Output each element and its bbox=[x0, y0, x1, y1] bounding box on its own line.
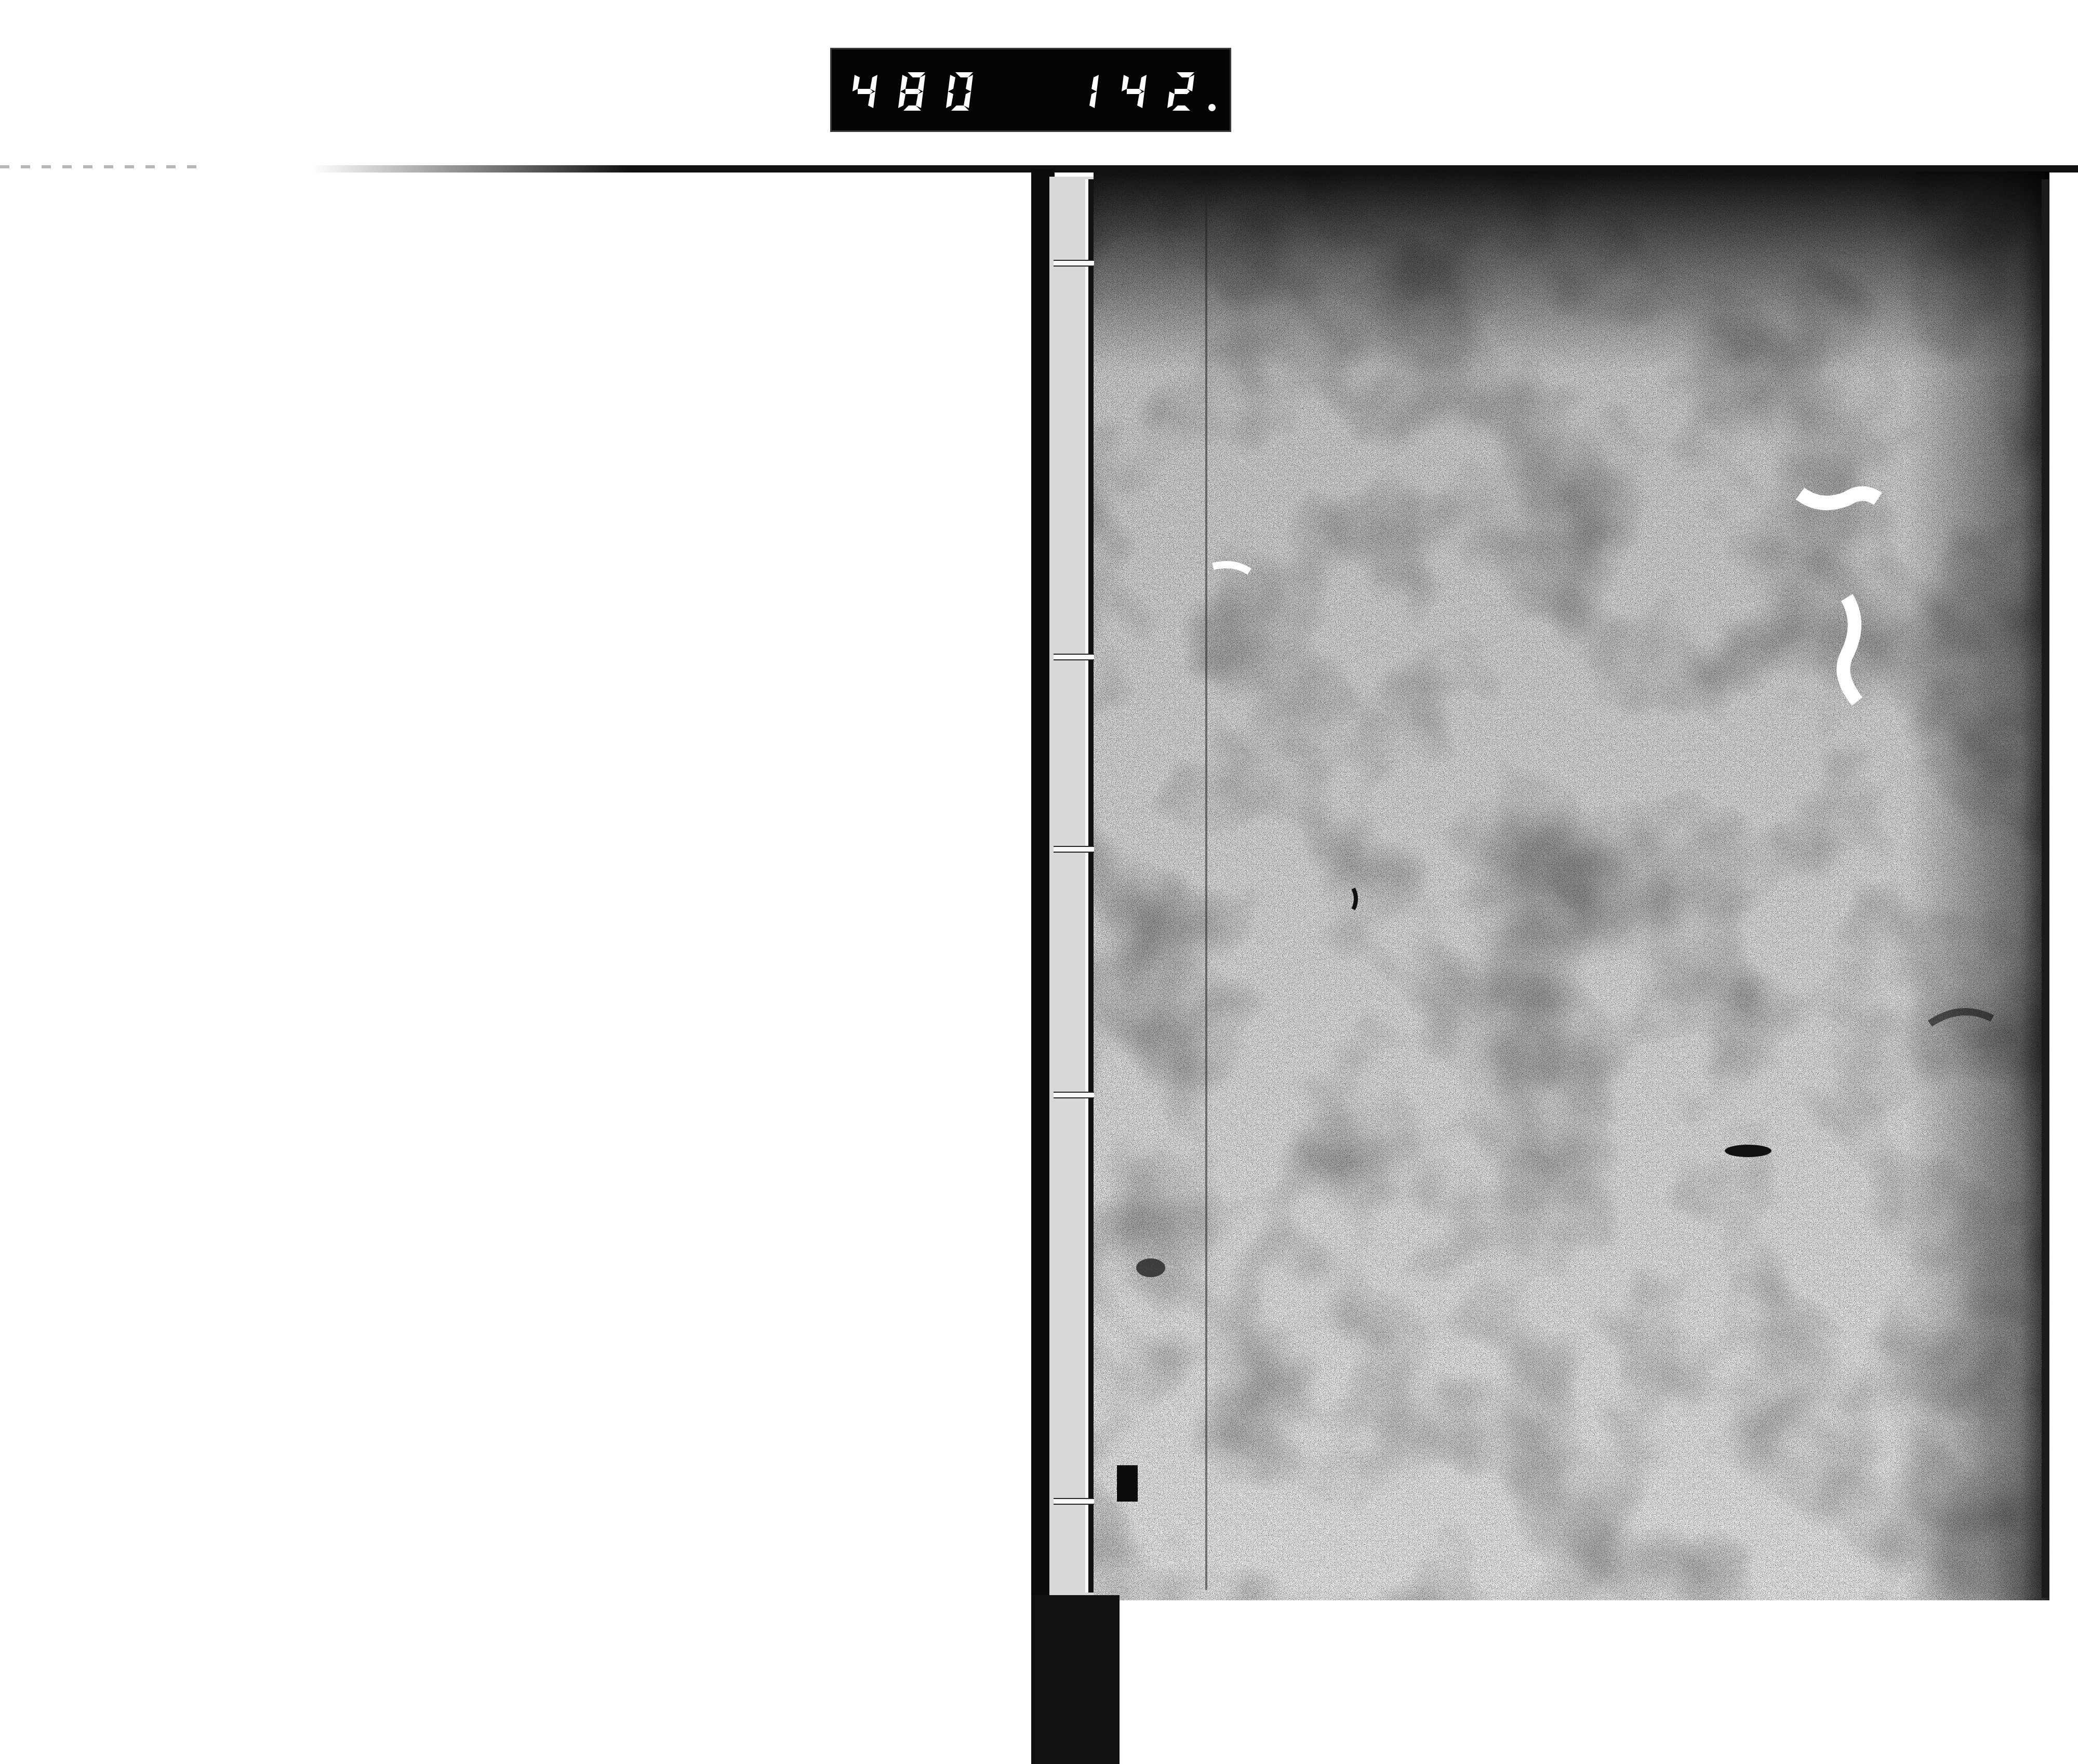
seven-segment-readout bbox=[832, 49, 1233, 134]
frame-number-label: 480 142. bbox=[830, 48, 1231, 132]
binding-stitch bbox=[1054, 1092, 1094, 1098]
binding-stitch bbox=[1054, 846, 1094, 853]
dashed-scan-edge bbox=[0, 165, 197, 168]
spine-label-patch bbox=[1117, 1465, 1138, 1502]
cover-right-edge bbox=[2042, 179, 2049, 1598]
book-cover bbox=[1094, 171, 2049, 1600]
cover-texture bbox=[1094, 171, 2049, 1600]
binding-stitch bbox=[1054, 260, 1094, 267]
title-strip bbox=[1969, 218, 2042, 1517]
cover-fold-line bbox=[1205, 187, 1207, 1590]
blank-left-page bbox=[0, 171, 1031, 1764]
book-bottom-shadow bbox=[1031, 1595, 1120, 1764]
binding-line bbox=[1088, 179, 1094, 1593]
binding-stitch bbox=[1054, 654, 1094, 660]
binding-stitch bbox=[1054, 1498, 1094, 1505]
